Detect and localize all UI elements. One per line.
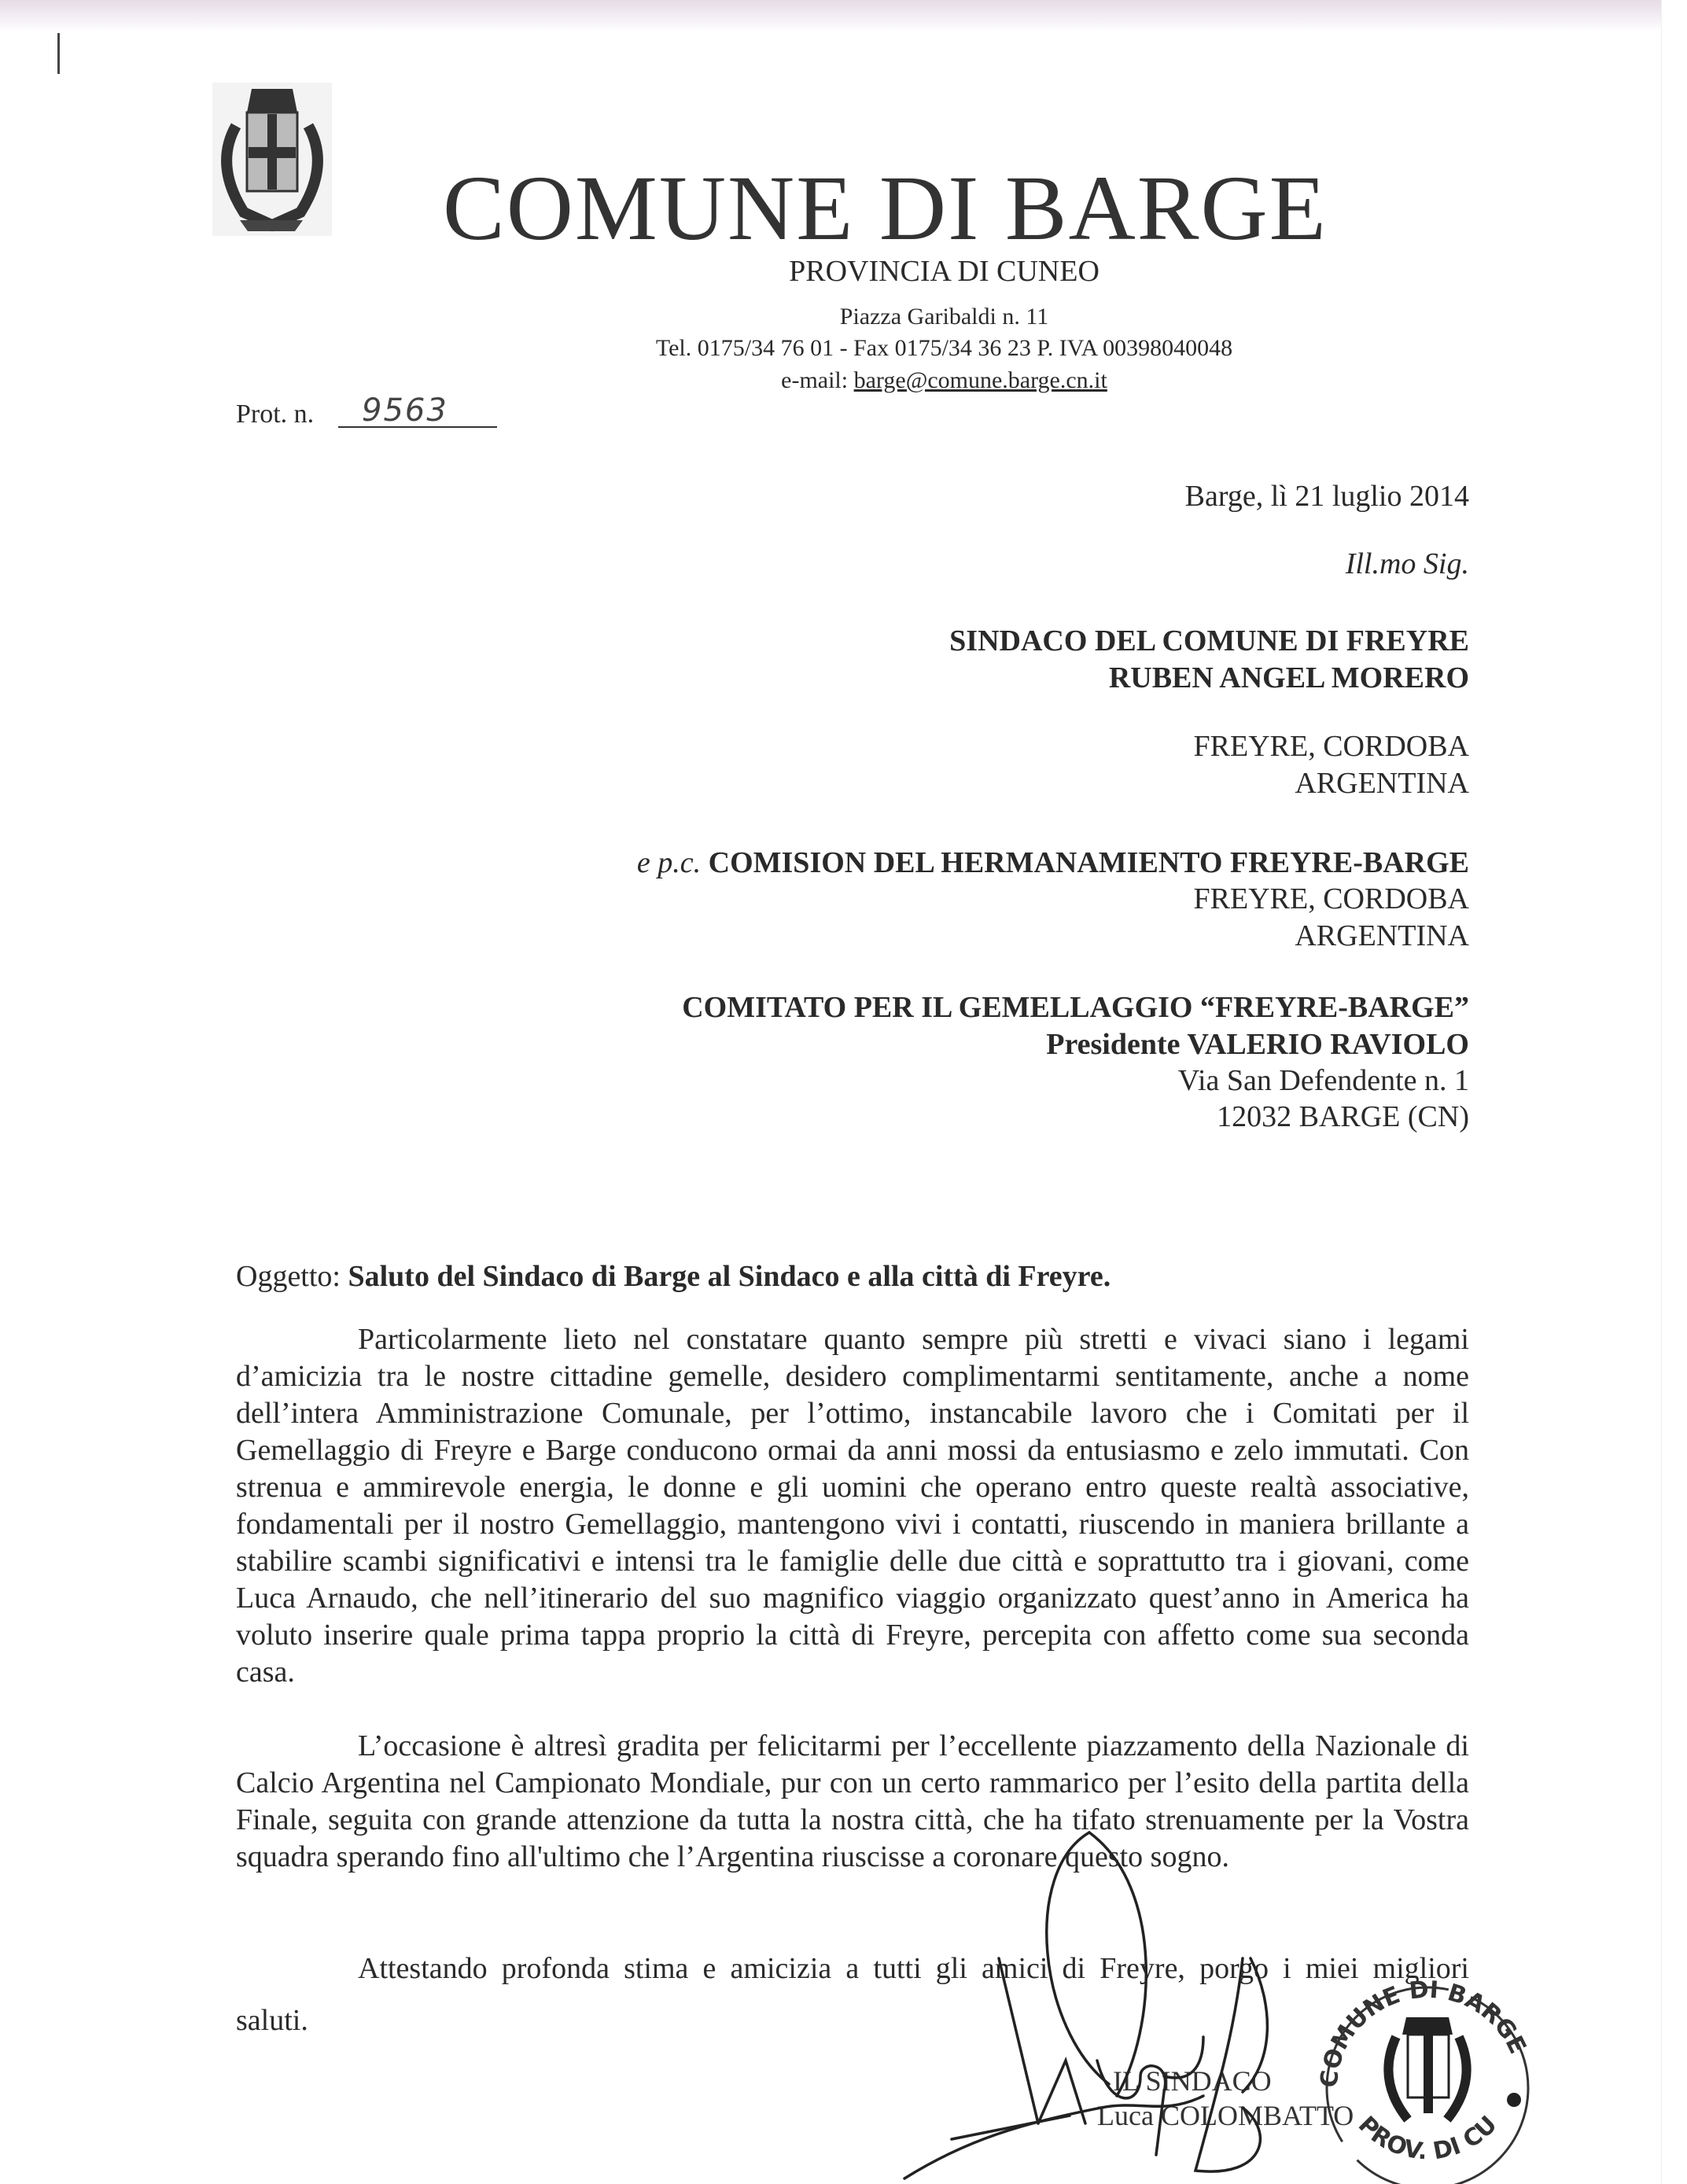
recipient-3-president: Presidente VALERIO RAVIOLO: [1046, 1029, 1469, 1059]
email-line: e-mail: barge@comune.barge.cn.it: [101, 369, 1687, 392]
coat-of-arms-icon: [212, 83, 332, 236]
recipient-3-address-1: Via San Defendente n. 1: [1178, 1066, 1469, 1096]
recipient-1-line-1: SINDACO DEL COMUNE DI FREYRE: [949, 626, 1469, 656]
protocol-label: Prot. n.: [236, 401, 314, 428]
recipient-1-address-1: FREYRE, CORDOBA: [1194, 731, 1470, 761]
cc-prefix: e p.c.: [637, 846, 701, 879]
recipient-2-address-2: ARGENTINA: [1295, 921, 1469, 951]
office-address: Piazza Garibaldi n. 11: [101, 305, 1687, 329]
scan-top-band: [0, 0, 1661, 31]
body-paragraph-1: Particolarmente lieto nel constatare qua…: [236, 1321, 1469, 1691]
president-label: Presidente: [1046, 1028, 1180, 1061]
page-title: COMUNE DI BARGE: [443, 162, 1328, 255]
province: PROVINCIA DI CUNEO: [101, 256, 1687, 286]
recipient-1-address-2: ARGENTINA: [1295, 768, 1469, 798]
email-link[interactable]: barge@comune.barge.cn.it: [854, 367, 1107, 393]
date-line: Barge, lì 21 luglio 2014: [1185, 481, 1469, 511]
recipient-3-address-2: 12032 BARGE (CN): [1217, 1102, 1469, 1132]
scan-mark: [57, 33, 60, 74]
recipient-2-name: COMISION DEL HERMANAMIENTO FREYRE-BARGE: [709, 846, 1469, 879]
recipient-1-line-2: RUBEN ANGEL MORERO: [1109, 663, 1469, 693]
recipient-2-line-1: e p.c. COMISION DEL HERMANAMIENTO FREYRE…: [637, 848, 1469, 878]
president-name: VALERIO RAVIOLO: [1187, 1028, 1469, 1061]
recipient-3-line-1: COMITATO PER IL GEMELLAGGIO “FREYRE-BARG…: [682, 993, 1469, 1022]
closing-tail: saluti.: [236, 2005, 308, 2035]
email-label: e-mail:: [781, 367, 853, 393]
official-seal-icon: COMUNE DI BARGE PROV. DI CUNEO: [1306, 1962, 1542, 2184]
recipient-2-address-1: FREYRE, CORDOBA: [1194, 884, 1470, 914]
subject-line: Oggetto: Saluto del Sindaco di Barge al …: [236, 1261, 1111, 1291]
protocol-number: 9563: [338, 393, 497, 428]
salutation-header: Ill.mo Sig.: [1346, 549, 1469, 579]
subject-label: Oggetto:: [236, 1260, 348, 1293]
contacts: Tel. 0175/34 76 01 - Fax 0175/34 36 23 P…: [101, 337, 1687, 360]
subject-text: Saluto del Sindaco di Barge al Sindaco e…: [348, 1260, 1111, 1293]
